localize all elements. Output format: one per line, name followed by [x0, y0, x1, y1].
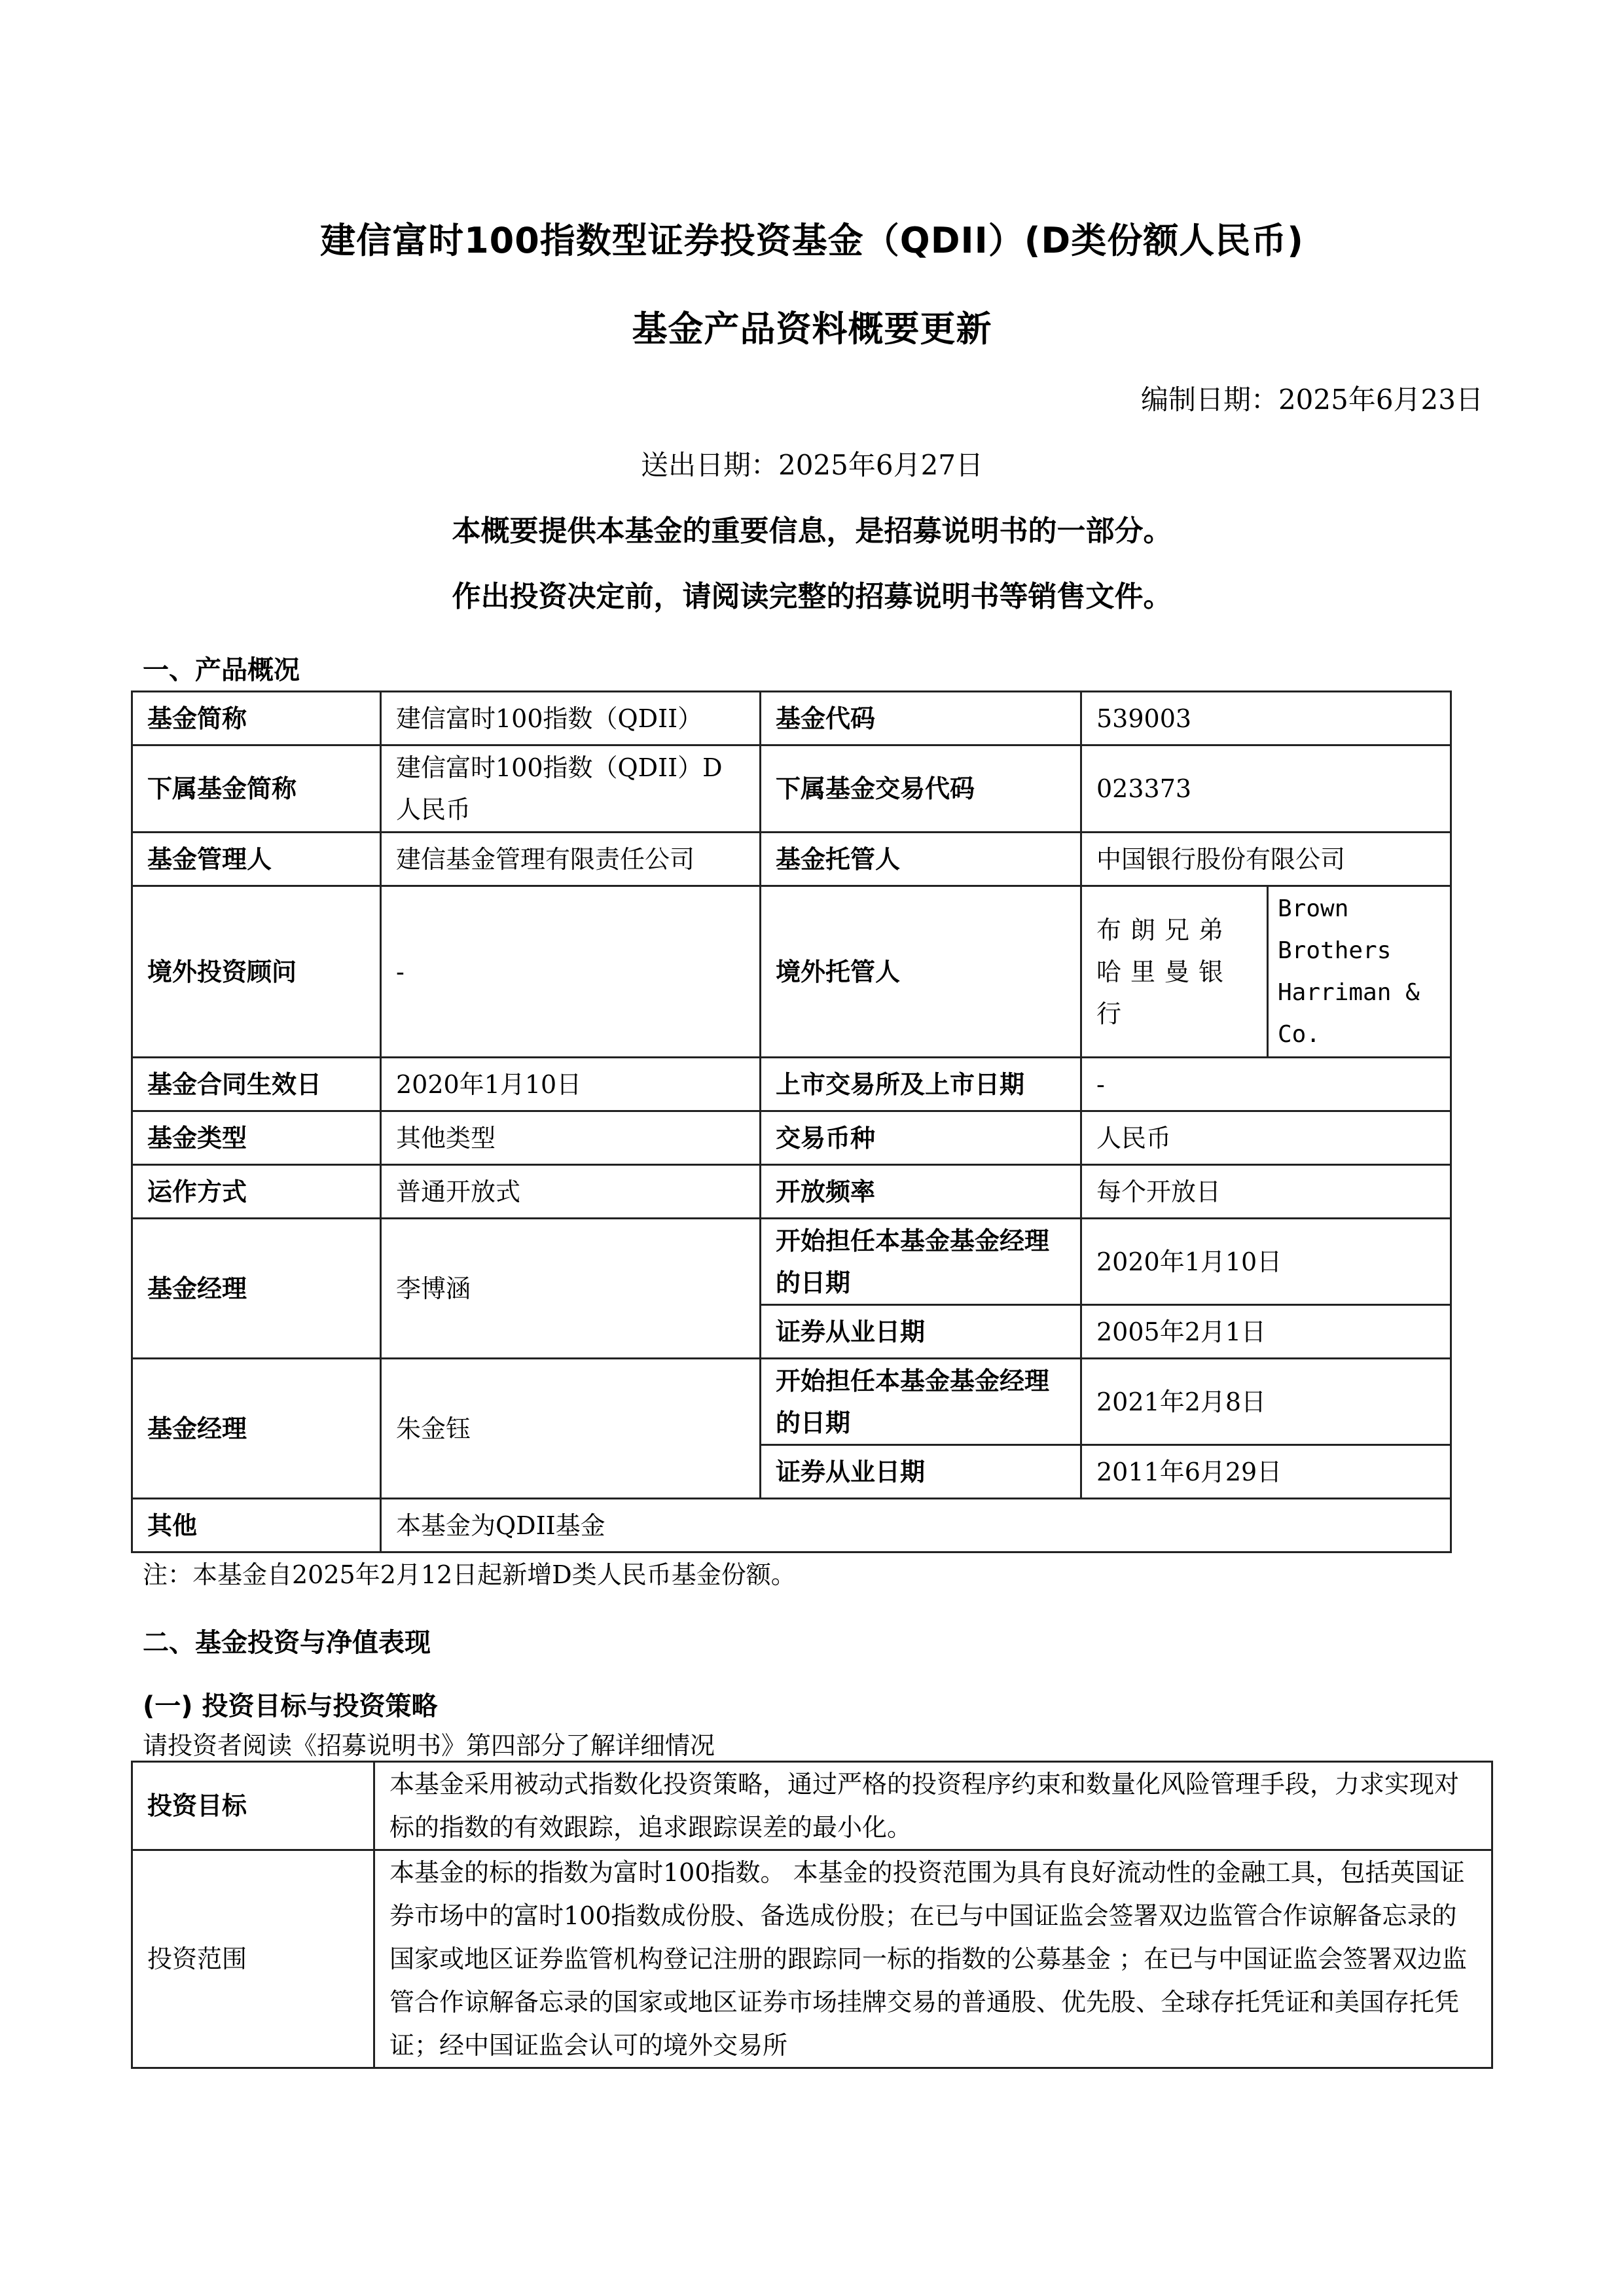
- table-row: 投资目标 本基金采用被动式指数化投资策略，通过严格的投资程序约束和数量化风险管理…: [132, 1762, 1492, 1850]
- value-pm1-industry-date: 2005年2月1日: [1081, 1305, 1451, 1359]
- table-row: 运作方式 普通开放式 开放频率 每个开放日: [132, 1165, 1451, 1219]
- document-subtitle: 基金产品资料概要更新: [0, 301, 1624, 351]
- value-other: 本基金为QDII基金: [381, 1499, 1451, 1552]
- value-fund-manager-company: 建信基金管理有限责任公司: [381, 833, 761, 886]
- label-portfolio-manager-1: 基金经理: [132, 1219, 381, 1359]
- investment-strategy-table: 投资目标 本基金采用被动式指数化投资策略，通过严格的投资程序约束和数量化风险管理…: [131, 1761, 1493, 2069]
- label-fund-type: 基金类型: [132, 1111, 381, 1165]
- label-fund-manager-company: 基金管理人: [132, 833, 381, 886]
- table-row: 基金经理 朱金钰 开始担任本基金基金经理的日期 2021年2月8日: [132, 1359, 1451, 1445]
- compile-date: 编制日期：2025年6月23日: [1141, 378, 1483, 418]
- label-operation-mode: 运作方式: [132, 1165, 381, 1219]
- label-other: 其他: [132, 1499, 381, 1552]
- table-row: 基金管理人 建信基金管理有限责任公司 基金托管人 中国银行股份有限公司: [132, 833, 1451, 886]
- label-share-class-code: 下属基金交易代码: [761, 745, 1081, 833]
- table-row: 境外投资顾问 - 境外托管人 布朗兄弟哈里曼银行 Brown Brothers …: [132, 886, 1451, 1058]
- table-row: 基金类型 其他类型 交易币种 人民币: [132, 1111, 1451, 1165]
- value-share-class-name: 建信富时100指数（QDII）D人民币: [381, 745, 761, 833]
- label-overseas-advisor: 境外投资顾问: [132, 886, 381, 1058]
- value-custodian: 中国银行股份有限公司: [1081, 833, 1451, 886]
- product-overview-table: 基金简称 建信富时100指数（QDII） 基金代码 539003 下属基金简称 …: [131, 691, 1452, 1553]
- value-overseas-advisor: -: [381, 886, 761, 1058]
- value-overseas-custodian-en: Brown Brothers Harriman & Co.: [1268, 886, 1451, 1058]
- table-row: 其他 本基金为QDII基金: [132, 1499, 1451, 1552]
- value-operation-mode: 普通开放式: [381, 1165, 761, 1219]
- label-pm2-industry-date: 证券从业日期: [761, 1445, 1081, 1499]
- notice-line-2: 作出投资决定前，请阅读完整的招募说明书等销售文件。: [0, 573, 1624, 615]
- strategy-intro: 请投资者阅读《招募说明书》第四部分了解详细情况: [143, 1725, 715, 1761]
- value-fund-code: 539003: [1081, 692, 1451, 745]
- value-pm2-industry-date: 2011年6月29日: [1081, 1445, 1451, 1499]
- send-date: 送出日期：2025年6月27日: [0, 444, 1624, 483]
- label-fund-code: 基金代码: [761, 692, 1081, 745]
- notice-line-1: 本概要提供本基金的重要信息，是招募说明书的一部分。: [0, 507, 1624, 549]
- document-title: 建信富时100指数型证券投资基金（QDII）(D类份额人民币): [0, 213, 1624, 263]
- value-portfolio-manager-1: 李博涵: [381, 1219, 761, 1359]
- table-row: 下属基金简称 建信富时100指数（QDII）D人民币 下属基金交易代码 0233…: [132, 745, 1451, 833]
- label-investment-objective: 投资目标: [132, 1762, 374, 1850]
- value-contract-effective-date: 2020年1月10日: [381, 1058, 761, 1111]
- table-row: 基金经理 李博涵 开始担任本基金基金经理的日期 2020年1月10日: [132, 1219, 1451, 1305]
- subsection-heading-strategy: (一) 投资目标与投资策略: [143, 1685, 438, 1723]
- value-pm2-start-date: 2021年2月8日: [1081, 1359, 1451, 1445]
- value-investment-objective: 本基金采用被动式指数化投资策略，通过严格的投资程序约束和数量化风险管理手段，力求…: [374, 1762, 1492, 1850]
- value-share-class-code: 023373: [1081, 745, 1451, 833]
- label-portfolio-manager-2: 基金经理: [132, 1359, 381, 1499]
- label-listing-exchange-date: 上市交易所及上市日期: [761, 1058, 1081, 1111]
- value-overseas-custodian-cn: 布朗兄弟哈里曼银行: [1081, 886, 1268, 1058]
- label-pm1-industry-date: 证券从业日期: [761, 1305, 1081, 1359]
- section-heading-investment: 二、基金投资与净值表现: [143, 1622, 431, 1659]
- label-share-class-name: 下属基金简称: [132, 745, 381, 833]
- table-row: 基金简称 建信富时100指数（QDII） 基金代码 539003: [132, 692, 1451, 745]
- value-fund-short-name: 建信富时100指数（QDII）: [381, 692, 761, 745]
- value-pm1-start-date: 2020年1月10日: [1081, 1219, 1451, 1305]
- table-row: 投资范围 本基金的标的指数为富时100指数。 本基金的投资范围为具有良好流动性的…: [132, 1850, 1492, 2068]
- overview-note: 注：本基金自2025年2月12日起新增D类人民币基金份额。: [143, 1554, 796, 1590]
- value-portfolio-manager-2: 朱金钰: [381, 1359, 761, 1499]
- label-pm2-start-date: 开始担任本基金基金经理的日期: [761, 1359, 1081, 1445]
- label-trading-currency: 交易币种: [761, 1111, 1081, 1165]
- label-pm1-start-date: 开始担任本基金基金经理的日期: [761, 1219, 1081, 1305]
- table-row: 基金合同生效日 2020年1月10日 上市交易所及上市日期 -: [132, 1058, 1451, 1111]
- label-fund-short-name: 基金简称: [132, 692, 381, 745]
- value-investment-scope: 本基金的标的指数为富时100指数。 本基金的投资范围为具有良好流动性的金融工具，…: [374, 1850, 1492, 2068]
- label-investment-scope: 投资范围: [132, 1850, 374, 2068]
- value-fund-type: 其他类型: [381, 1111, 761, 1165]
- value-open-frequency: 每个开放日: [1081, 1165, 1451, 1219]
- label-open-frequency: 开放频率: [761, 1165, 1081, 1219]
- value-listing-exchange-date: -: [1081, 1058, 1451, 1111]
- label-contract-effective-date: 基金合同生效日: [132, 1058, 381, 1111]
- label-custodian: 基金托管人: [761, 833, 1081, 886]
- label-overseas-custodian: 境外托管人: [761, 886, 1081, 1058]
- section-heading-overview: 一、产品概况: [143, 649, 300, 687]
- value-trading-currency: 人民币: [1081, 1111, 1451, 1165]
